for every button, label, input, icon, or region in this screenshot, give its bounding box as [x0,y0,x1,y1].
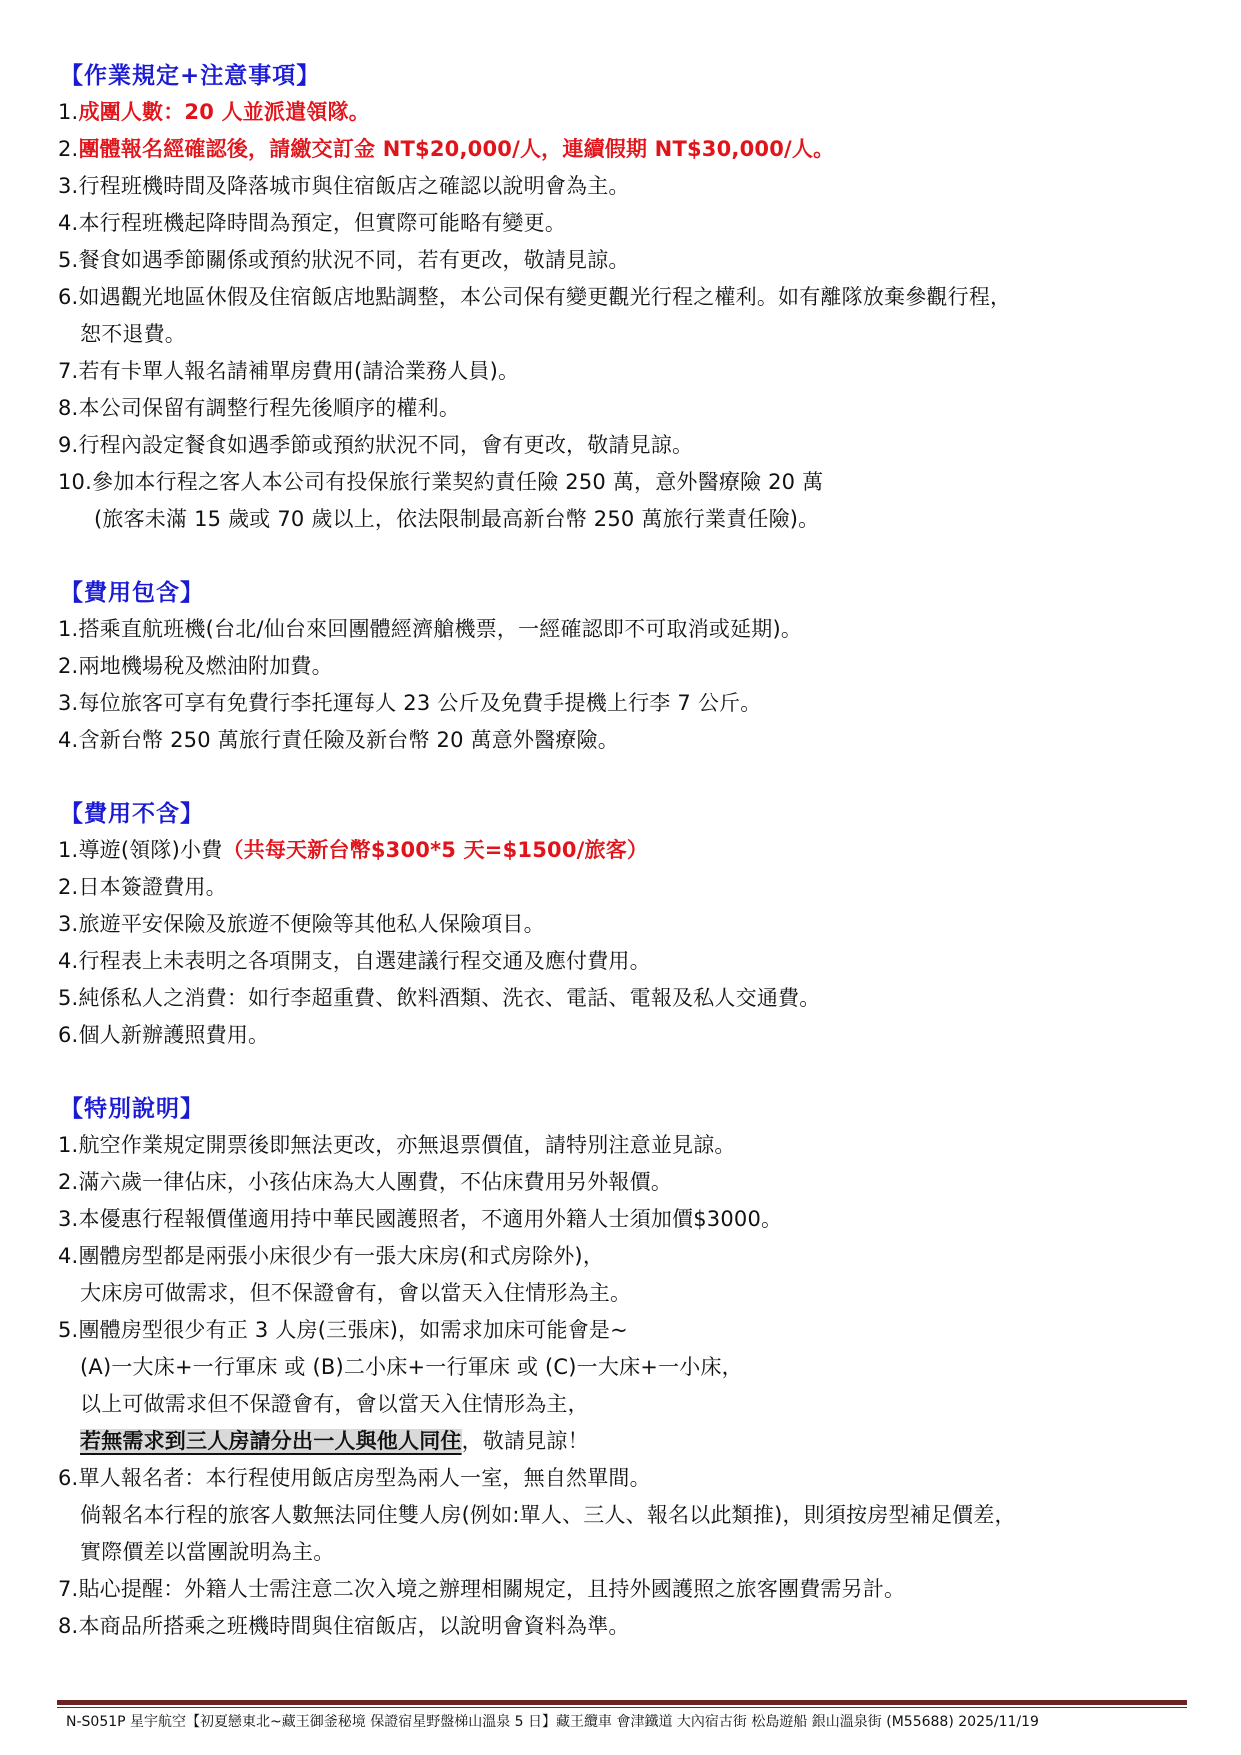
included-item-1: 1.搭乘直航班機(台北/仙台來回團體經濟艙機票，一經確認即不可取消或延期)。 [58,611,1188,648]
rule-item-9: 9.行程內設定餐食如遇季節或預約狀況不同，會有更改，敬請見諒。 [58,427,1188,464]
rule-item-4: 4.本行程班機起降時間為預定，但實際可能略有變更。 [58,205,1188,242]
special-item-3: 3.本優惠行程報價僅適用持中華民國護照者，不適用外籍人士須加價$3000。 [58,1201,1188,1238]
special-item-7: 7.貼心提醒：外籍人士需注意二次入境之辦理相關規定，且持外國護照之旅客團費需另計… [58,1571,1188,1608]
excluded-item-6: 6.個人新辦護照費用。 [58,1017,1188,1054]
rule-item-5: 5.餐食如遇季節關係或預約狀況不同，若有更改，敬請見諒。 [58,242,1188,279]
special-item-6-cont: 倘報名本行程的旅客人數無法同住雙人房(例如:單人、三人、報名以此類推)，則須按房… [58,1497,1188,1534]
special-item-8: 8.本商品所搭乘之班機時間與住宿飯店，以說明會資料為準。 [58,1608,1188,1645]
special-item-4-cont: 大床房可做需求，但不保證會有，會以當天入住情形為主。 [58,1275,1188,1312]
special-item-1: 1.航空作業規定開票後即無法更改，亦無退票價值，請特別注意並見諒。 [58,1127,1188,1164]
excluded-item-4: 4.行程表上未表明之各項開支，自選建議行程交通及應付費用。 [58,943,1188,980]
special-item-5-options: (A)一大床+一行軍床 或 (B)二小床+一行軍床 或 (C)一大床+一小床， [58,1349,1188,1386]
special-item-6: 6.單人報名者：本行程使用飯店房型為兩人一室，無自然單間。 [58,1460,1188,1497]
document-page: 【作業規定+注意事項】 1.成團人數：20 人並派遣領隊。 2.團體報名經確認後… [58,58,1188,1645]
excluded-item-5: 5.純係私人之消費：如行李超重費、飲料酒類、洗衣、電話、電報及私人交通費。 [58,980,1188,1017]
special-item-5: 5.團體房型很少有正 3 人房(三張床)，如需求加床可能會是~ [58,1312,1188,1349]
excluded-item-2: 2.日本簽證費用。 [58,869,1188,906]
special-item-6-cont2: 實際價差以當團說明為主。 [58,1534,1188,1571]
section-title-special: 【特別說明】 [60,1091,1188,1127]
rule-item-2: 2.團體報名經確認後，請繳交訂金 NT$20,000/人，連續假期 NT$30,… [58,131,1188,168]
included-item-3: 3.每位旅客可享有免費行李托運每人 23 公斤及免費手提機上行李 7 公斤。 [58,685,1188,722]
special-item-2: 2.滿六歲一律佔床，小孩佔床為大人團費，不佔床費用另外報價。 [58,1164,1188,1201]
rule-item-8: 8.本公司保留有調整行程先後順序的權利。 [58,390,1188,427]
footer-text: N-S051P 星宇航空【初夏戀東北~藏王御釜秘境 保證宿星野盤梯山溫泉 5 日… [66,1712,1039,1732]
section-title-rules: 【作業規定+注意事項】 [60,58,1188,94]
special-item-5-cont: 以上可做需求但不保證會有，會以當天入住情形為主， [58,1386,1188,1423]
footer-divider [57,1700,1187,1708]
section-title-included: 【費用包含】 [60,575,1188,611]
special-item-5-highlight-line: 若無需求到三人房請分出一人與他人同住，敬請見諒！ [58,1423,1188,1460]
highlighted-notice: 若無需求到三人房請分出一人與他人同住 [80,1429,462,1453]
rule-item-6: 6.如遇觀光地區休假及住宿飯店地點調整，本公司保有變更觀光行程之權利。如有離隊放… [58,279,1188,316]
excluded-item-1: 1.導遊(領隊)小費（共每天新台幣$300*5 天=$1500/旅客） [58,832,1188,869]
section-title-excluded: 【費用不含】 [60,796,1188,832]
rule-item-1: 1.成團人數：20 人並派遣領隊。 [58,94,1188,131]
included-item-4: 4.含新台幣 250 萬旅行責任險及新台幣 20 萬意外醫療險。 [58,722,1188,759]
special-item-4: 4.團體房型都是兩張小床很少有一張大床房(和式房除外)， [58,1238,1188,1275]
rule-item-10-cont: (旅客未滿 15 歲或 70 歲以上，依法限制最高新台幣 250 萬旅行業責任險… [58,501,1188,538]
rule-item-6-cont: 恕不退費。 [58,316,1188,353]
excluded-item-3: 3.旅遊平安保險及旅遊不便險等其他私人保險項目。 [58,906,1188,943]
included-item-2: 2.兩地機場稅及燃油附加費。 [58,648,1188,685]
rule-item-3: 3.行程班機時間及降落城市與住宿飯店之確認以說明會為主。 [58,168,1188,205]
rule-item-10: 10.參加本行程之客人本公司有投保旅行業契約責任險 250 萬，意外醫療險 20… [58,464,1188,501]
rule-item-7: 7.若有卡單人報名請補單房費用(請洽業務人員)。 [58,353,1188,390]
